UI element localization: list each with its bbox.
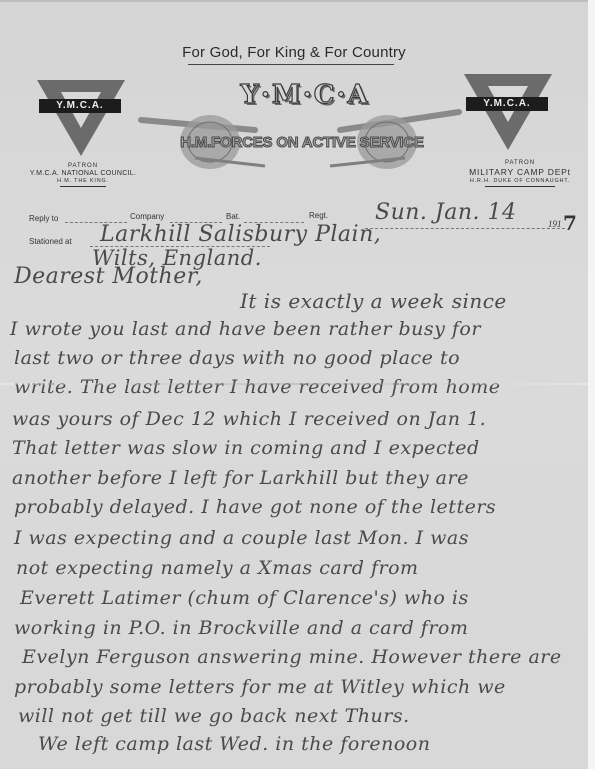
company-label: Company — [130, 212, 164, 221]
left-patron-block: PATRON Y.M.C.A. NATIONAL COUNCIL. H.M. T… — [18, 163, 148, 187]
letterhead-motto: For God, For King & For Country — [0, 44, 588, 61]
letter-salutation: Dearest Mother, — [14, 264, 203, 289]
letter-line: will not get till we go back next Thurs. — [18, 705, 410, 727]
letter-line: probably some letters for me at Witley w… — [14, 676, 506, 698]
stationed-at-label: Stationed at — [29, 237, 72, 246]
letter-line: That letter was slow in coming and I exp… — [12, 437, 480, 459]
letter-line: Evelyn Ferguson answering mine. However … — [22, 646, 562, 668]
motto-underline — [188, 64, 394, 65]
inverted-triangle-icon — [35, 78, 127, 158]
ymca-badge: Y.M.C.A. — [39, 99, 121, 113]
letter-line: working in P.O. in Brockville and a card… — [14, 617, 468, 639]
letter-line: was yours of Dec 12 which I received on … — [12, 408, 486, 430]
letter-line: It is exactly a week since — [240, 289, 507, 313]
center-crest: Y·M·C·A H.M.FORCES ON ACTIVE SERVICE — [135, 80, 465, 180]
date-field — [365, 228, 565, 229]
letter-line: probably delayed. I have got none of the… — [14, 496, 496, 518]
letter-line: I was expecting and a couple last Mon. I… — [14, 527, 469, 549]
handwritten-date: Sun. Jan. 14 — [375, 200, 516, 225]
right-ymca-emblem: Y.M.C.A. — [462, 72, 562, 152]
letter-paper: For God, For King & For Country Y.M.C.A.… — [0, 0, 588, 769]
letter-line: Everett Latimer (chum of Clarence's) who… — [20, 587, 469, 609]
patron-underline — [60, 186, 106, 187]
letter-line: not expecting namely a Xmas card from — [16, 557, 419, 579]
bat-label: Bat. — [226, 212, 240, 221]
letter-line: write. The last letter I have received f… — [14, 376, 501, 398]
ymca-badge: Y.M.C.A. — [466, 97, 548, 111]
reply-to-label: Reply to — [29, 214, 58, 223]
year-prefix: 191 — [548, 219, 562, 229]
handwritten-location-line1: Larkhill Salisbury Plain, — [100, 222, 381, 247]
letter-line: I wrote you last and have been rather bu… — [10, 318, 481, 340]
patron-organization: Y.M.C.A. NATIONAL COUNCIL. — [18, 170, 148, 177]
regt-label: Regt. — [309, 211, 328, 220]
letter-line: We left camp last Wed. in the forenoon — [38, 733, 430, 755]
letter-line: last two or three days with no good plac… — [14, 347, 460, 369]
patron-underline — [485, 186, 555, 187]
forces-subtitle: H.M.FORCES ON ACTIVE SERVICE — [143, 134, 461, 151]
year-suffix: 7 — [563, 211, 577, 235]
letter-line: another before I left for Larkhill but t… — [12, 467, 469, 489]
left-ymca-emblem: Y.M.C.A. — [35, 78, 135, 158]
patron-label: PATRON — [18, 163, 148, 169]
inverted-triangle-icon — [462, 72, 554, 152]
patron-person: H.M. THE KING. — [18, 178, 148, 184]
